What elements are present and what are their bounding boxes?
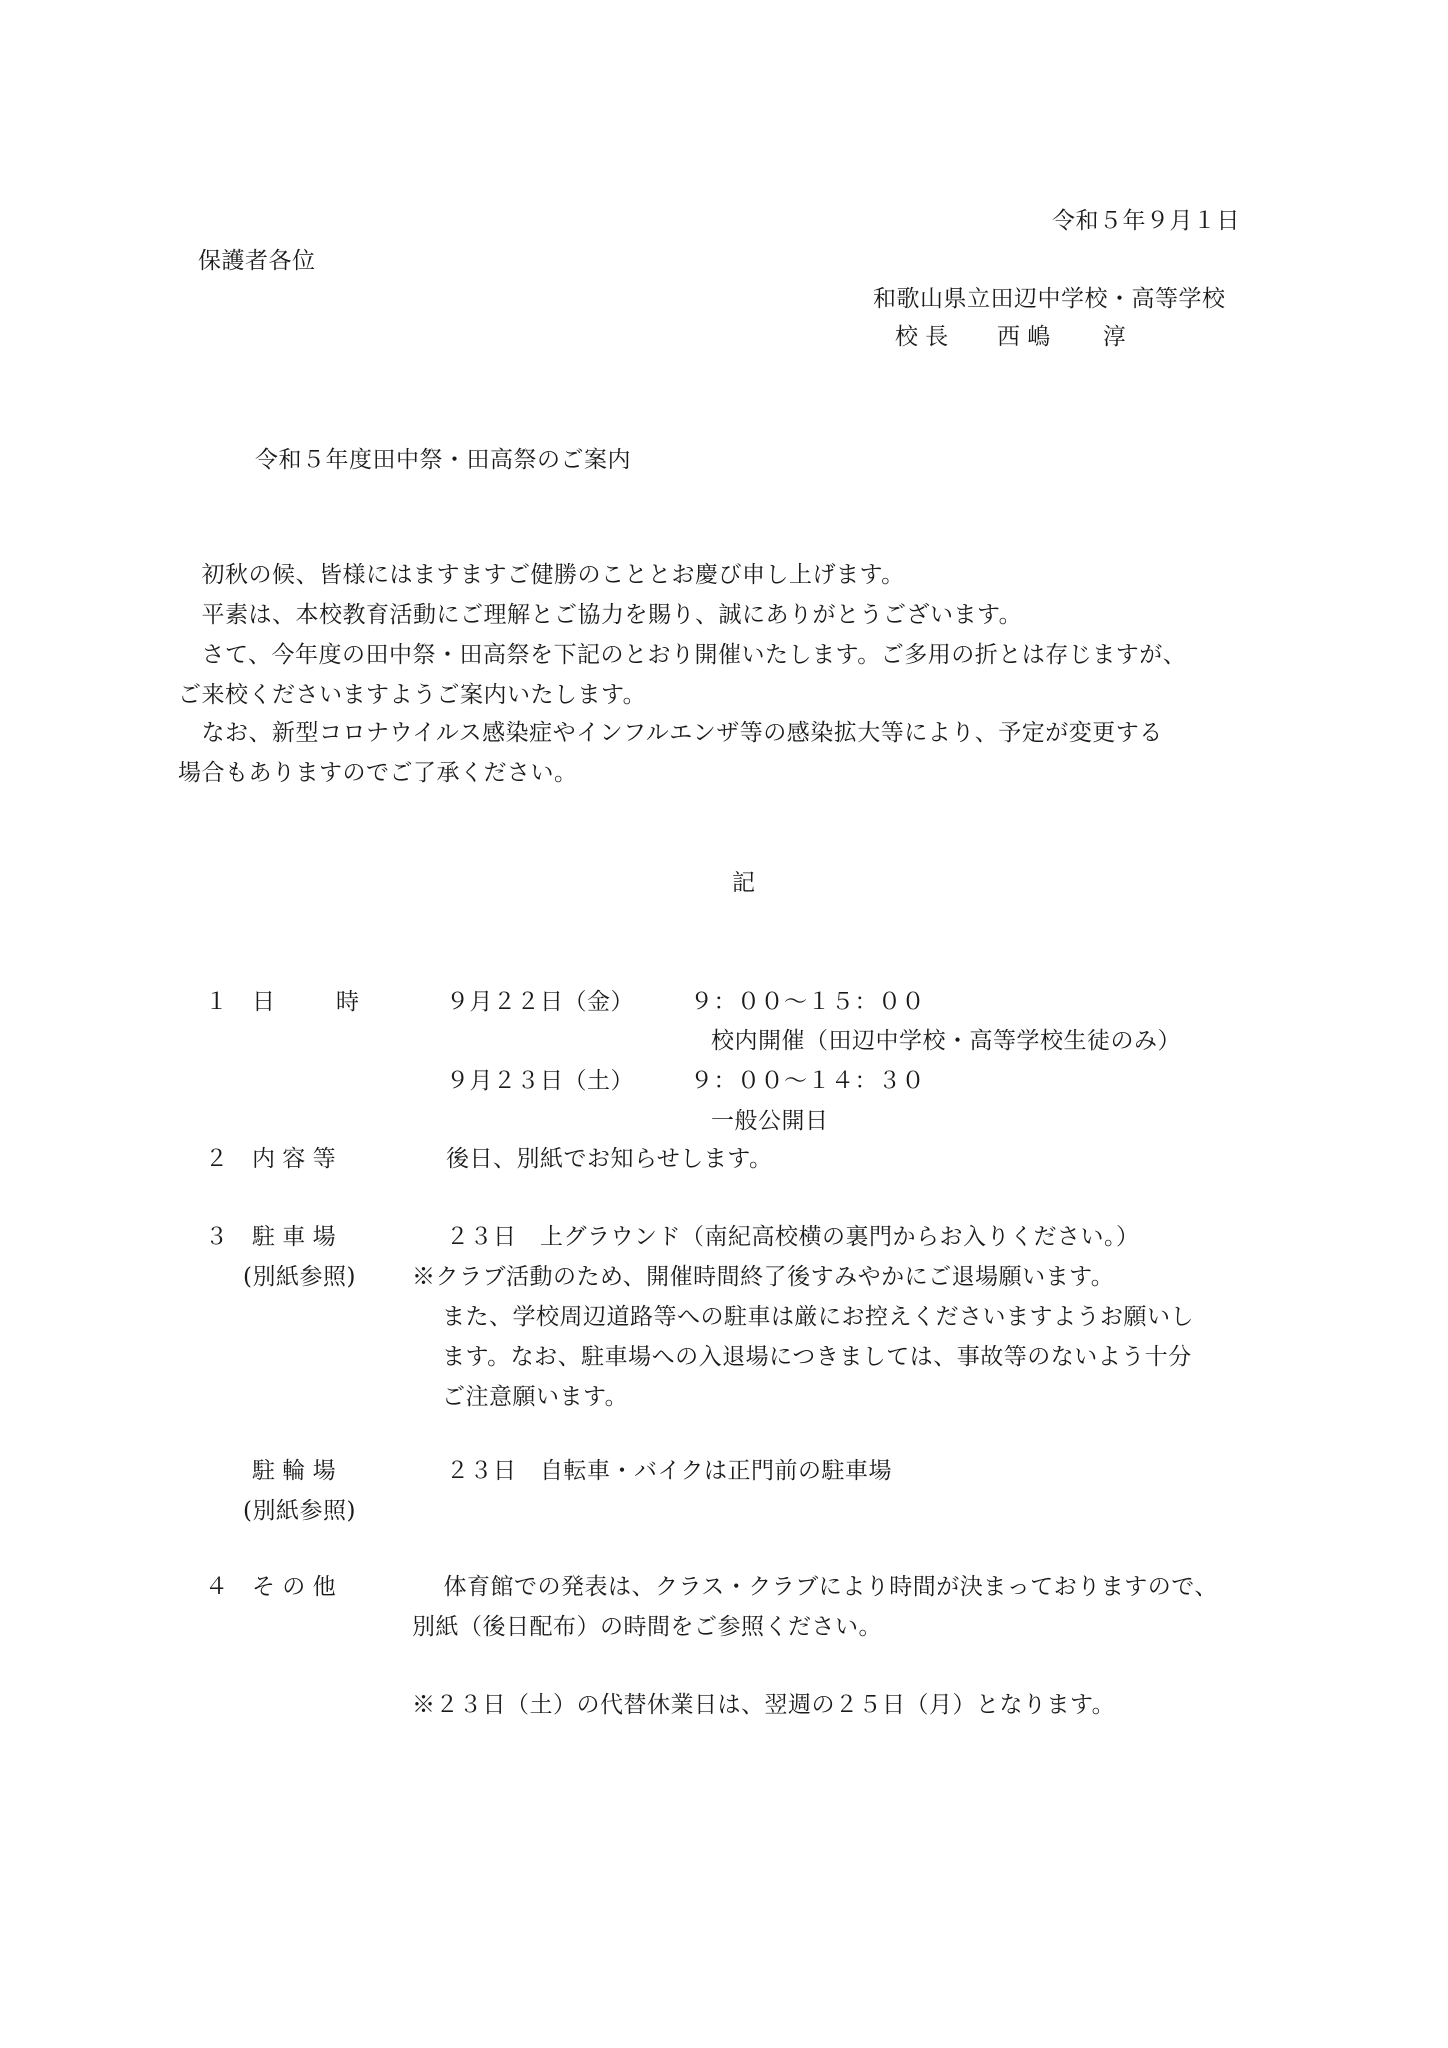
- item-number-3: ３: [205, 1222, 229, 1252]
- day2-note: 一般公開日: [711, 1106, 829, 1136]
- item-number-1: １: [205, 987, 229, 1017]
- principal-signature: 校 長 西 嶋 淳: [895, 322, 1126, 352]
- parking-note-3: ます。なお、駐車場への入退場につきましては、事故等のないよう十分: [442, 1342, 1192, 1372]
- principal-title: 校 長: [895, 322, 948, 352]
- notice-paragraph-line1: なお、新型コロナウイルス感染症やインフルエンザ等の感染拡大等により、予定が変更す…: [178, 718, 1163, 748]
- other-text-1: 体育館での発表は、クラス・クラブにより時間が決まっておりますので、: [420, 1572, 1218, 1602]
- other-label: そ の 他: [252, 1572, 336, 1602]
- parking-sublabel: (別紙参照): [243, 1262, 356, 1292]
- day2-date: ９月２３日（土）: [446, 1066, 634, 1096]
- schedule-label-b: 時: [336, 987, 360, 1017]
- principal-given-name: 淳: [1103, 322, 1126, 352]
- bicycle-text: ２３日 自転車・バイクは正門前の駐車場: [446, 1456, 892, 1486]
- recipient: 保護者各位: [198, 246, 316, 276]
- principal-family-name: 西 嶋: [997, 322, 1050, 352]
- school-name: 和歌山県立田辺中学校・高等学校: [873, 284, 1226, 314]
- bicycle-label: 駐 輪 場: [252, 1456, 336, 1486]
- document-title: 令和５年度田中祭・田高祭のご案内: [255, 445, 631, 475]
- substitute-holiday-note: ※２３日（土）の代替休業日は、翌週の２５日（月）となります。: [412, 1690, 1115, 1720]
- parking-text: ２３日 上グラウンド（南紀高校横の裏門からお入りください。）: [446, 1222, 1140, 1252]
- parking-label: 駐 車 場: [252, 1222, 336, 1252]
- parking-note-2: また、学校周辺道路等への駐車は厳にお控えくださいますようお願いし: [442, 1302, 1194, 1332]
- document-page: 令和５年９月１日 保護者各位 和歌山県立田辺中学校・高等学校 校 長 西 嶋 淳…: [0, 0, 1448, 2048]
- greeting-paragraph: 初秋の候、皆様にはますますご健勝のこととお慶び申し上げます。: [178, 560, 905, 590]
- day1-time: ９：００～１５：００: [690, 987, 925, 1017]
- announcement-paragraph-line2: ご来校くださいますようご案内いたします。: [178, 680, 646, 710]
- other-text-2: 別紙（後日配布）の時間をご参照ください。: [412, 1612, 882, 1642]
- content-label: 内 容 等: [252, 1144, 336, 1174]
- item-number-2: ２: [205, 1144, 229, 1174]
- parking-note-4: ご注意願います。: [442, 1382, 628, 1412]
- notice-paragraph-line2: 場合もありますのでご了承ください。: [178, 758, 578, 788]
- parking-note-1: ※クラブ活動のため、開催時間終了後すみやかにご退場願います。: [412, 1262, 1114, 1292]
- day2-time: ９：００～１４：３０: [690, 1066, 925, 1096]
- schedule-label-a: 日: [252, 987, 276, 1017]
- day1-note: 校内開催（田辺中学校・高等学校生徒のみ）: [711, 1026, 1181, 1056]
- ki-heading: 記: [732, 868, 756, 898]
- content-text: 後日、別紙でお知らせします。: [446, 1144, 772, 1174]
- thanks-paragraph: 平素は、本校教育活動にご理解とご協力を賜り、誠にありがとうございます。: [178, 600, 1022, 630]
- announcement-paragraph-line1: さて、今年度の田中祭・田高祭を下記のとおり開催いたします。ご多用の折とは存じます…: [178, 640, 1186, 670]
- issue-date: 令和５年９月１日: [1052, 206, 1240, 236]
- item-number-4: ４: [205, 1572, 229, 1602]
- day1-date: ９月２２日（金）: [446, 987, 634, 1017]
- bicycle-sublabel: (別紙参照): [243, 1496, 356, 1526]
